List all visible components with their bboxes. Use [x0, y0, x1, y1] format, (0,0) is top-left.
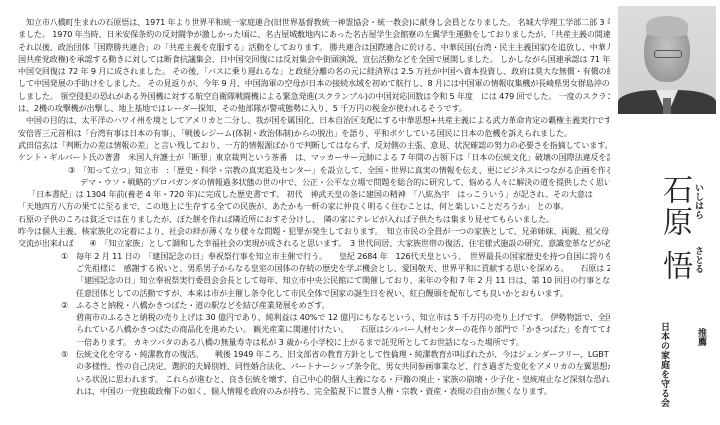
given-name-furigana: さとる [692, 246, 705, 273]
paragraph-line: ケント・ギルバート氏の著書 米国人弁護士が「断罪」東京裁判という茶番 は、マッカ… [18, 151, 610, 163]
paragraph-line: は、2機の攻撃機が出撃し、地上基地ではレーダー探知、その他部隊が警戒態勢に入り、… [18, 102, 610, 114]
list-item-2: ② ふるさと納税・八橋かきつばた・道の駅などを結び産業発展をめざす。 [18, 299, 610, 311]
hair-shape [646, 16, 688, 36]
paragraph-line: れは、中国の一党独裁政権下の如く、個人情報を政府のみが持ち、完全監視下に置き人権… [18, 385, 610, 397]
portrait-photo [618, 6, 716, 114]
section-heading-5: ⑤ 伝統文化を守る・純潔教育の復活。 戦後 1949 年ころ、旧文部省の教育方針… [18, 348, 610, 360]
paragraph-line: 一倍あります。 カキツバタのある八橋の無量寿寺は私が 3 歳から小学校に上がるま… [18, 336, 610, 348]
paragraph-line: の多様性、性の自己決定、選択的夫婦別姓、同性婚合法化、パートナーシップ条令化、男… [18, 360, 610, 372]
paragraph-line: 「建国記念の日」知立奉祝祭実行委員会会長として毎年、知立市中央公民館にて開催して… [18, 274, 610, 286]
paragraph-line: 国共産党政権)を承認する動きに対しては断食抗議集会、日中国交回復には反対集会や街… [18, 53, 610, 65]
recommendation-label: 推薦 [695, 328, 708, 346]
candidate-given-name: 悟 [652, 250, 696, 280]
surname-furigana: いしはら [692, 183, 705, 219]
paragraph-line: 中国の目的は、太平洋のハワイ州を境としてアメリカと二分し、我が国を属国化、日本自… [18, 114, 610, 126]
paragraph-line: 昨今は個人主義、核家族化の定着により、社会の絆が薄くなり様々な問題・犯罪が発生し… [18, 225, 610, 237]
paragraph-line: 「日本書紀」は 1304 年前(養老 4 年・720 年)に完成した歴史書です。… [18, 188, 610, 200]
paragraph-line: 知立市八橋町生まれの石原悟は、1971 年より世界平和統一家庭連合(旧世界基督教… [18, 16, 610, 28]
profile-sidebar: 石原 悟 いしはら さとる 推薦 日本の家庭を守る会 [610, 0, 720, 425]
paragraph-line: ました。 1970 年当時、日米安保条約の反対闘争が激しかった頃に、名古屋城敷地… [18, 28, 610, 40]
article-body: 知立市八橋町生まれの石原悟は、1971 年より世界平和統一家庭連合(旧世界基督教… [0, 0, 610, 425]
section-heading-4: 交流が出来れば ④ 「知立家族」として調和した幸福社会の実現が成されると思います… [18, 237, 610, 249]
paragraph-line: 任意団体としての活動ですが、本来は市が主催し条令化して市民全体で国家の誕生日を祝… [18, 287, 610, 299]
paragraph-line: 中国交回復は 72 年 9 月に成されました。 その後、「バスに乗り遅れるな」と… [18, 65, 610, 77]
paragraph-line: 碧南市のふるさと納税の売り上げは 30 億円であり、純利益は 40%で 12 億… [18, 311, 610, 323]
paragraph-line: られている八橋かきつばたの商品化を進めたい。 観光産業に関連付けたい。 石原はシ… [18, 323, 610, 335]
candidate-surname: 石原 [652, 174, 696, 238]
paragraph-line: して中国発展の手助けをしました。 その見返りが、今年 9 月、中国海軍の空母が日… [18, 77, 610, 89]
paragraph-line: しました。 領空侵犯の恐れがある外国機に対する航空自衛隊戦闘機による緊急発進(ス… [18, 90, 610, 102]
list-item-1: ① 毎年 2 月 11 日の 「建国記念の日」奉祝祭行事を知立市主催で行う。 皇… [18, 250, 610, 262]
paragraph-line: 武田信玄は「判断力の差は情報の差」と言い残しており、一方的情報源ばかりで判断して… [18, 139, 610, 151]
paragraph-line: それ以後、政治団体「国際勝共連合」の「共産主義を克服する」活動をしております。 … [18, 41, 610, 53]
paragraph-line: いる状況に思われます。 これらが進むと、良き伝統を壊す、自己中心的個人主義になる… [18, 373, 610, 385]
paragraph-line: ご先祖様に 感謝する祝いと、男系男子からなる皇室の国体の存続の歴史を学ぶ機会とし… [18, 262, 610, 274]
glasses-shape [654, 50, 682, 58]
paragraph-line: デマ・ウソ・戦略的プロパガンダの情報過多状態の世の中で、公正・公平な立場で問題を… [18, 176, 610, 188]
paragraph-line: 安倍晋三元首相は「台湾有事は日本の有事」、「戦後レジーム(体制・政治体制)からの… [18, 127, 610, 139]
tie-shape [663, 98, 671, 114]
section-heading-3: ③ 「知って立つ」知立市 :「歴史・科学・宗教の真実追及センター」を設立して、全… [18, 164, 610, 176]
paragraph-line: 「天地四方八方の果てに至るまで、この地上に生存する全ての民族が、あたかも一軒の家… [18, 200, 610, 212]
paragraph-line: 石原の子供のころは貧乏では在りましたが、ぼた餅を作れば隣近所におすそ分けし、 隣… [18, 213, 610, 225]
endorsing-organization: 日本の家庭を守る会 [658, 322, 671, 408]
